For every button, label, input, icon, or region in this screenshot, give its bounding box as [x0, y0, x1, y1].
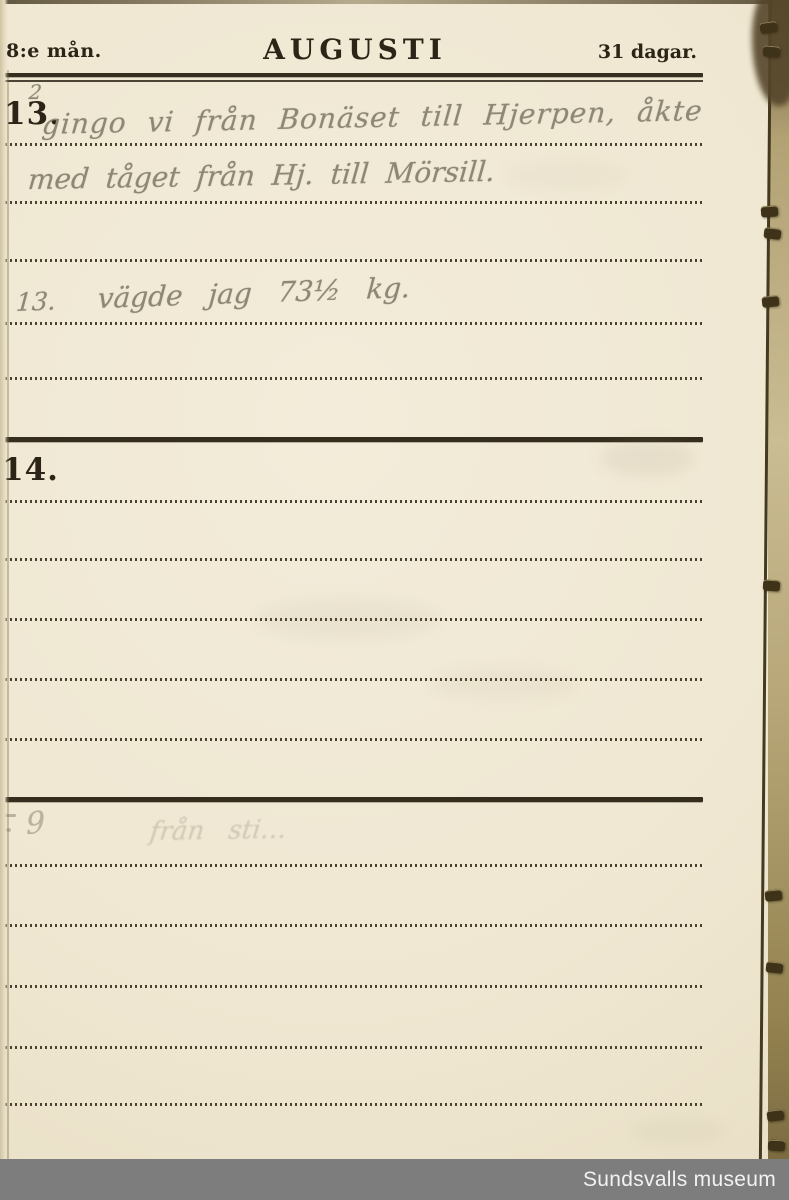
pencil-superscript-note: 2 — [28, 80, 43, 104]
page-left-edge-line — [7, 70, 9, 1160]
handwritten-weight-text: vägde jag 73½ kg. — [97, 271, 412, 315]
header-double-rule-thin — [5, 80, 703, 82]
pencil-day-numeral: 9 — [26, 805, 46, 843]
binding-stitch — [759, 21, 777, 34]
ruled-dotted-line — [5, 1103, 702, 1106]
day-separator-rule — [5, 797, 703, 802]
day-separator-rule — [5, 437, 703, 442]
page-top-edge — [0, 0, 789, 4]
binding-stitch — [765, 889, 783, 901]
ink-bleedthrough-smudge — [505, 160, 630, 190]
binding-stitch — [761, 205, 779, 217]
days-count-label: 31 dagar. — [555, 41, 697, 63]
header-double-rule-thick — [5, 73, 703, 77]
ruled-dotted-line — [5, 924, 702, 927]
binding-stitch — [766, 1109, 784, 1122]
ink-bleedthrough-smudge — [630, 1118, 725, 1144]
ink-bleedthrough-smudge — [430, 668, 580, 700]
diary-page-scan: 8:e mån. AUGUSTI 31 dagar. 13. 2 gingo v… — [0, 0, 789, 1200]
binding-stitch — [761, 295, 779, 308]
ruled-dotted-line — [5, 322, 702, 325]
binding-stitch — [763, 579, 781, 591]
handwritten-entry-weight: 13.vägde jag 73½ kg. — [15, 271, 411, 318]
ink-bleedthrough-smudge — [600, 440, 695, 476]
ruled-dotted-line — [5, 500, 702, 503]
printed-day-number-14: 14. — [2, 452, 59, 488]
museum-credit-bar: Sundsvalls museum — [0, 1159, 789, 1200]
handwritten-entry-line-1: gingo vi från Bonäset till Hjerpen, åkte — [41, 94, 704, 141]
ruled-dotted-line — [5, 985, 702, 988]
ruled-dotted-line — [5, 259, 702, 262]
ruled-dotted-line — [5, 143, 702, 146]
museum-credit-text: Sundsvalls museum — [583, 1168, 776, 1192]
ruled-dotted-line — [5, 377, 702, 380]
ruled-dotted-line — [5, 864, 702, 867]
binding-stitch — [763, 45, 781, 57]
ruled-dotted-line — [5, 558, 702, 561]
ink-bleedthrough-smudge — [255, 598, 440, 640]
ruled-dotted-line — [5, 678, 702, 681]
binding-stitch — [763, 227, 781, 240]
handwritten-entry-line-2: med tåget från Hj. till Mörsill. — [27, 155, 497, 196]
faded-handwritten-entry: från sti… — [148, 815, 288, 847]
ruled-dotted-line — [5, 738, 702, 741]
ruled-dotted-line — [5, 201, 702, 204]
handwritten-day-13: 13. — [15, 286, 57, 316]
binding-stitch — [765, 961, 783, 974]
binding-stitch — [768, 1140, 786, 1152]
ruled-dotted-line — [5, 1046, 702, 1049]
